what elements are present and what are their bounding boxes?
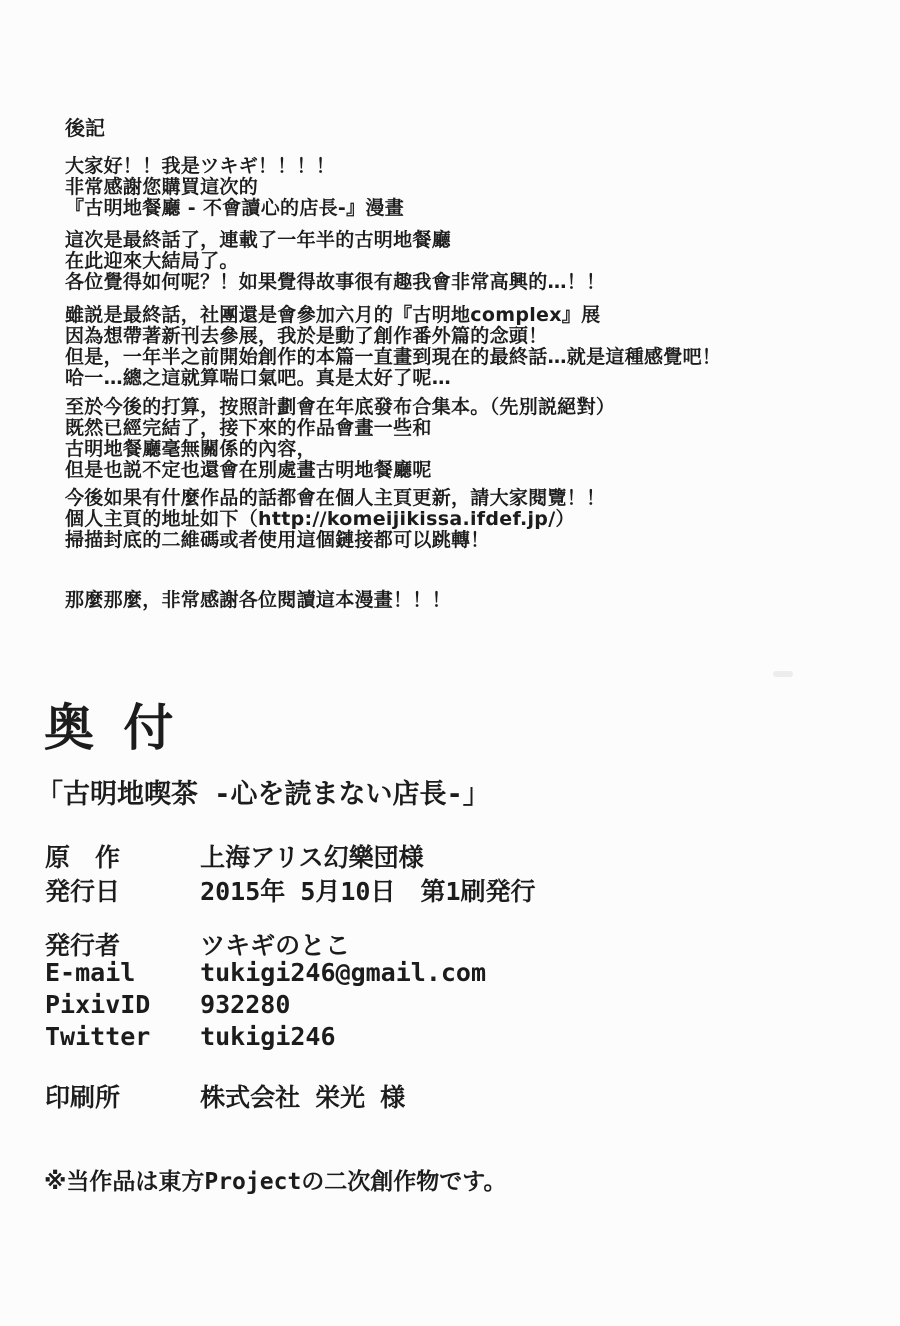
scan-artifact — [773, 671, 793, 677]
text-line: 古明地餐廳毫無關係的內容， — [65, 439, 615, 460]
text-line: 既然已經完結了，接下來的作品會畫一些和 — [65, 418, 615, 439]
text-line: 非常感謝您購買這次的 — [65, 177, 404, 198]
text-line: 這次是最終話了，連載了一年半的古明地餐廳 — [65, 230, 605, 251]
text-line: 掃描封底的二維碼或者使用這個鏈接都可以跳轉！ — [65, 530, 605, 551]
derivative-work-disclaimer: ※当作品は東方Projectの二次創作物です。 — [44, 1163, 506, 1196]
row-value: tukigi246 — [200, 1022, 335, 1051]
afterword-paragraph-event: 雖説是最終話，社團還是會參加六月的『古明地complex』展 因為想帶著新刊去參… — [65, 305, 721, 389]
text-line: 因為想帶著新刊去參展，我於是動了創作番外篇的念頭！ — [65, 326, 721, 347]
colophon-row-publication-date: 発行日 2015年 5月10日 第1刷発行 — [45, 872, 536, 908]
afterword-paragraph-greeting: 大家好！！我是ツキギ！！！！ 非常感謝您購買這次的 『古明地餐廳 - 不會讀心的… — [65, 156, 404, 219]
afterword-closing-line: 那麼那麼，非常感謝各位閱讀這本漫畫！！！ — [65, 590, 451, 611]
row-label: PixivID — [45, 990, 185, 1019]
colophon-row-printer: 印刷所 株式会社 栄光 様 — [45, 1078, 405, 1114]
colophon-heading: 奥 付 — [44, 688, 173, 760]
afterword-paragraph-finale: 這次是最終話了，連載了一年半的古明地餐廳 在此迎來大結局了。 各位覺得如何呢？！… — [65, 230, 605, 293]
text-line: 『古明地餐廳 - 不會讀心的店長-』漫畫 — [65, 198, 404, 219]
book-title: 「古明地喫茶 -心を読まない店長-」 — [36, 772, 490, 811]
colophon-row-email: E-mail tukigi246@gmail.com — [45, 958, 486, 987]
row-label: 原 作 — [45, 838, 185, 874]
row-label: 印刷所 — [45, 1078, 185, 1114]
text-line: 但是，一年半之前開始創作的本篇一直畫到現在的最終話…就是這種感覺吧！ — [65, 347, 721, 368]
row-value: ツキギのとこ — [200, 931, 350, 960]
colophon-row-original-work: 原 作 上海アリス幻樂団様 — [45, 838, 424, 874]
row-label: 発行日 — [45, 872, 185, 908]
colophon-row-twitter: Twitter tukigi246 — [45, 1022, 336, 1051]
row-value: 株式会社 栄光 様 — [200, 1083, 405, 1112]
afterword-paragraph-future-plans: 至於今後的打算，按照計劃會在年底發布合集本。（先別説絕對） 既然已經完結了，接下… — [65, 397, 615, 481]
text-line: 各位覺得如何呢？！如果覺得故事很有趣我會非常高興的…！！ — [65, 272, 605, 293]
row-value: tukigi246@gmail.com — [200, 958, 486, 987]
row-value: 2015年 5月10日 第1刷発行 — [200, 877, 535, 906]
colophon-row-publisher: 発行者 ツキギのとこ — [45, 926, 350, 962]
text-line: 至於今後的打算，按照計劃會在年底發布合集本。（先別説絕對） — [65, 397, 615, 418]
row-label: Twitter — [45, 1022, 185, 1051]
text-line: 今後如果有什麼作品的話都會在個人主頁更新，請大家閱覽！！ — [65, 488, 605, 509]
doujin-afterword-colophon-page: 後記 大家好！！我是ツキギ！！！！ 非常感謝您購買這次的 『古明地餐廳 - 不會… — [0, 0, 900, 1326]
afterword-paragraph-homepage: 今後如果有什麼作品的話都會在個人主頁更新，請大家閱覽！！ 個人主頁的地址如下（h… — [65, 488, 605, 551]
row-value: 932280 — [200, 990, 290, 1019]
text-line: 大家好！！我是ツキギ！！！！ — [65, 156, 404, 177]
text-line: 雖説是最終話，社團還是會參加六月的『古明地complex』展 — [65, 305, 721, 326]
text-line: 個人主頁的地址如下（http://komeijikissa.ifdef.jp/） — [65, 509, 605, 530]
row-value: 上海アリス幻樂団様 — [200, 843, 424, 872]
row-label: E-mail — [45, 958, 185, 987]
text-line: 哈一…總之這就算喘口氣吧。真是太好了呢… — [65, 368, 721, 389]
row-label: 発行者 — [45, 926, 185, 962]
colophon-row-pixiv-id: PixivID 932280 — [45, 990, 290, 1019]
afterword-heading: 後記 — [65, 112, 105, 141]
text-line: 但是也説不定也還會在別處畫古明地餐廳呢 — [65, 460, 615, 481]
text-line: 在此迎來大結局了。 — [65, 251, 605, 272]
